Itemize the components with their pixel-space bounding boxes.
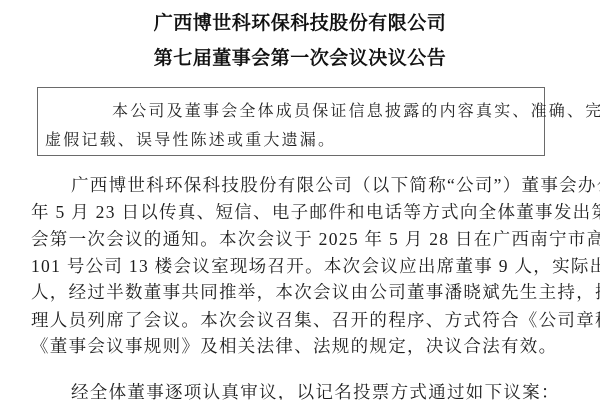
body-text-line: 人，经过半数董事共同推举，本次会议由公司董事潘晓斌先生主持，拟任高级管 xyxy=(31,279,600,304)
disclosure-statement-box: 本公司及董事会全体成员保证信息披露的内容真实、准确、完整，没有 虚假记载、误导性… xyxy=(37,87,545,156)
disclosure-statement-line: 虚假记载、误导性陈述或重大遗漏。 xyxy=(45,127,336,150)
disclosure-statement-line: 本公司及董事会全体成员保证信息披露的内容真实、准确、完整，没有 xyxy=(112,98,600,121)
body-text-line: 《董事会议事规则》及相关法律、法规的规定，决议合法有效。 xyxy=(31,333,557,358)
body-text-line: 年 5 月 23 日以传真、短信、电子邮件和电话等方式向全体董事发出第七届董事 xyxy=(31,199,600,224)
body-text-line: 经全体董事逐项认真审议，以记名投票方式通过如下议案： xyxy=(71,379,560,400)
announcement-title: 第七届董事会第一次会议决议公告 xyxy=(0,43,600,70)
body-text-line: 会第一次会议的通知。本次会议于 2025 年 5 月 28 日在广西南宁市高新区… xyxy=(31,226,600,251)
body-text-line: 广西博世科环保科技股份有限公司（以下简称“公司”）董事会办公室于 2025 xyxy=(71,172,600,197)
body-text-line: 理人员列席了会议。本次会议召集、召开的程序、方式符合《公司章程》、公司 xyxy=(31,307,600,332)
company-name-title: 广西博世科环保科技股份有限公司 xyxy=(0,8,600,35)
body-text-line: 101 号公司 13 楼会议室现场召开。本次会议应出席董事 9 人，实际出席董事… xyxy=(31,253,600,278)
